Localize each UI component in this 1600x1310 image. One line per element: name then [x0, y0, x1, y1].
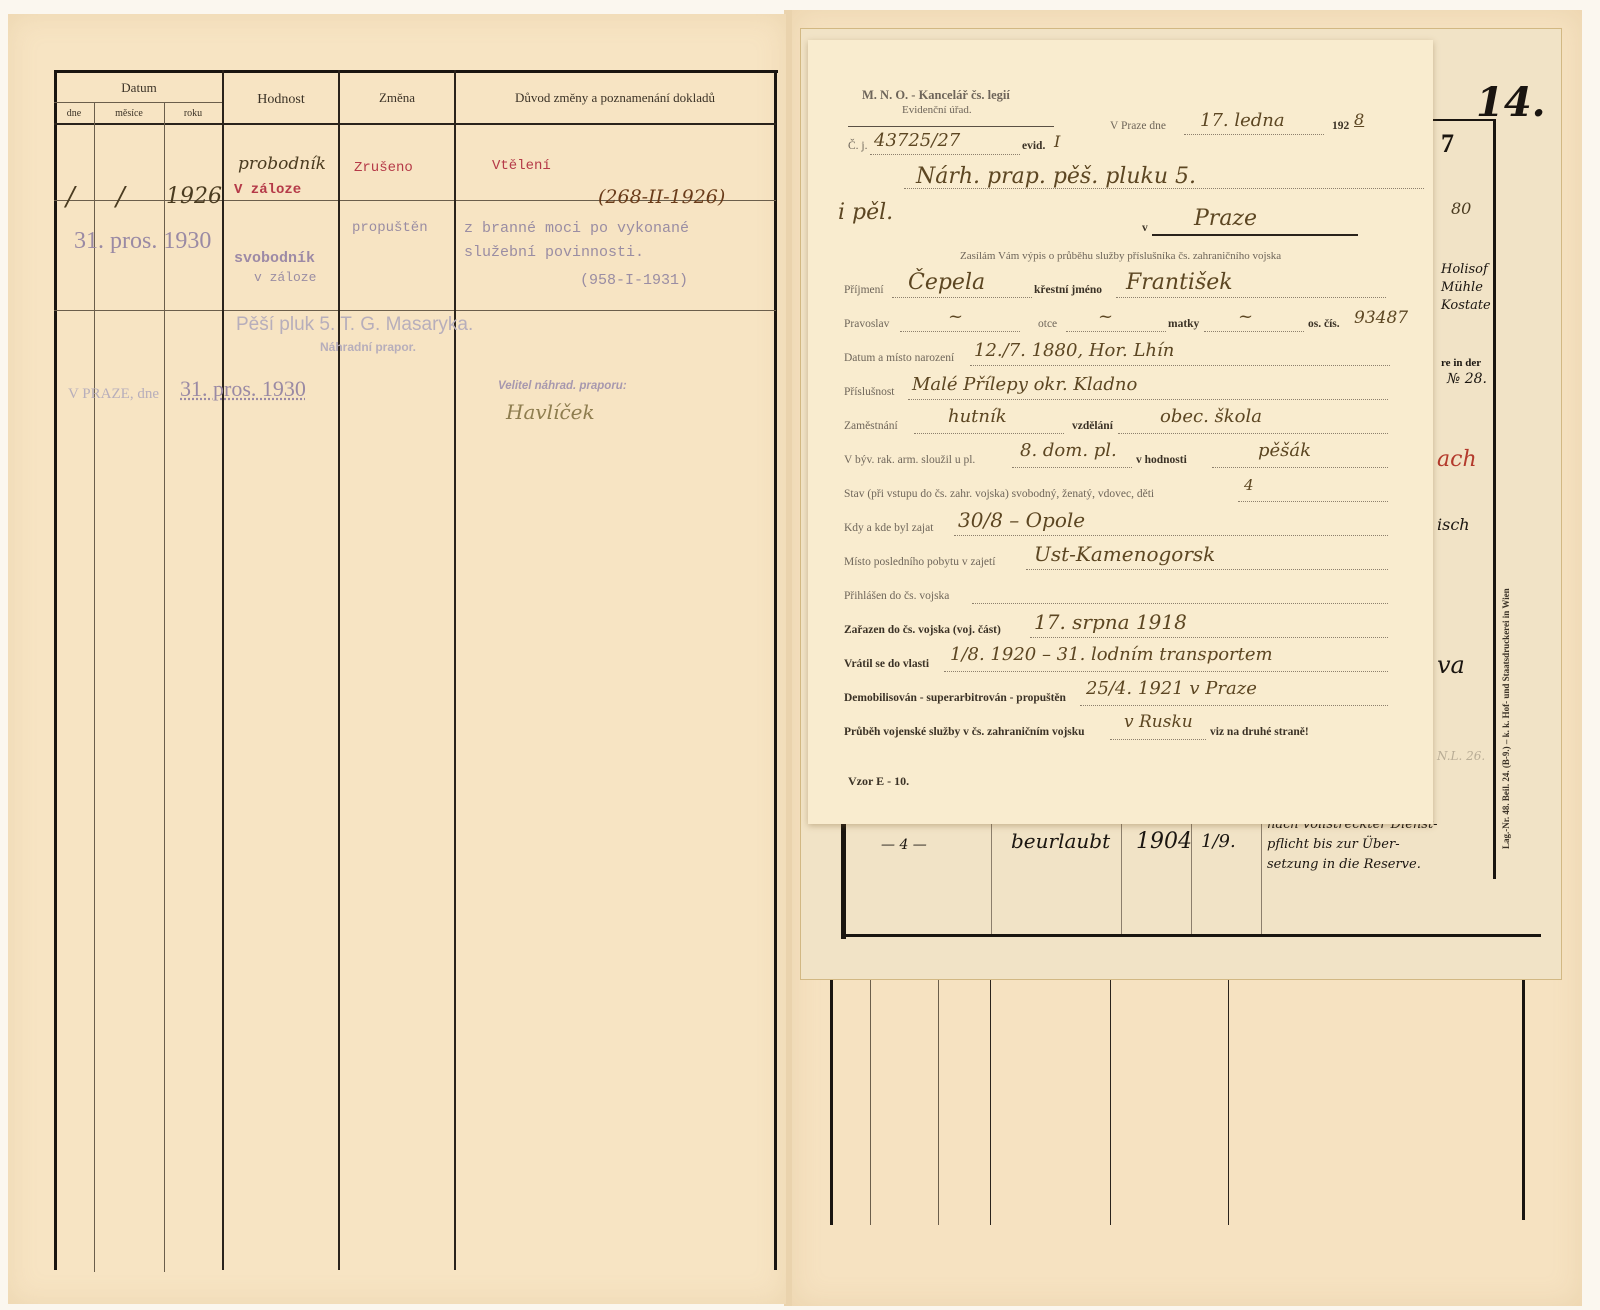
- row1-hodnost-typed: V záloze: [234, 182, 301, 198]
- evid-label: evid.: [1022, 140, 1045, 152]
- place-date-label: V Praze dne: [1110, 120, 1166, 132]
- cell-top: 7: [1441, 129, 1454, 159]
- cell-right-5: isch: [1437, 515, 1470, 534]
- prubeh-suffix: viz na druhé straně!: [1210, 726, 1309, 738]
- row1-mesice: /: [116, 182, 125, 212]
- otce-label: otce: [1038, 318, 1057, 330]
- bottom-col2: beurlaubt: [1011, 829, 1110, 853]
- prihlasen-label: Přihlášen do čs. vojska: [844, 590, 949, 602]
- narozeni-value: 12./7. 1880, Hor. Lhín: [974, 340, 1174, 361]
- header-mesice: měsíce: [94, 108, 164, 119]
- zamestnani-value: hutník: [948, 406, 1007, 427]
- zajat-value: 30/8 – Opole: [958, 508, 1085, 532]
- printer-imprint: Lag.-Nr. 48. Beil. 24. (B-9.) – k. k. Ho…: [1501, 469, 1517, 849]
- stamp-place-prefix: V PRAZE, dne: [68, 386, 159, 403]
- stav-value: 4: [1244, 476, 1254, 494]
- sluzil-label: V býv. rak. arm. sloužil u pl.: [844, 454, 975, 466]
- header-zmena: Změna: [340, 90, 454, 106]
- zarazen-label: Zařazen do čs. vojska (voj. část): [844, 624, 1001, 636]
- cell-right-4: ach: [1437, 447, 1477, 472]
- header-dne: dne: [54, 108, 94, 119]
- oscis-label: os. čís.: [1308, 318, 1340, 330]
- cell-right-7: N.L. 26.: [1437, 749, 1485, 763]
- row2-hodnost-line2: v záloze: [254, 270, 316, 285]
- demob-value: 25/4. 1921 v Praze: [1086, 678, 1257, 699]
- bottom-col4: 1/9.: [1201, 831, 1236, 852]
- stamp-subunit: Náhradní prapor.: [320, 340, 416, 354]
- year-suffix: 8: [1354, 110, 1364, 129]
- row2-duvod-line2: služební povinnosti.: [464, 244, 644, 261]
- row2-hodnost: svobodník: [234, 250, 315, 267]
- oscis-value: 93487: [1354, 308, 1408, 328]
- recipient-line2: i pěl.: [838, 200, 893, 225]
- narozeni-label: Datum a místo narození: [844, 352, 954, 364]
- zajat-label: Kdy a kde byl zajat: [844, 522, 933, 534]
- matky-label: matky: [1168, 318, 1199, 330]
- prislusnost-label: Příslušnost: [844, 386, 895, 398]
- hodnosti-value: pěšák: [1258, 440, 1311, 461]
- cell-2: 80: [1451, 199, 1471, 218]
- office-line1: M. N. O. - Kancelář čs. legií: [862, 88, 1010, 103]
- header-roku: roku: [164, 108, 222, 119]
- sluzil-value: 8. dom. pl.: [1020, 440, 1117, 461]
- otce-value: ~: [1098, 306, 1113, 327]
- bottom-col5: nach vollstreckter Dienst- pflicht bis z…: [1267, 815, 1438, 875]
- stamp-unit: Pěší pluk 5. T. G. Masaryka.: [236, 314, 473, 336]
- cell-right-2: re in der: [1441, 357, 1481, 369]
- ref-value: 43725/27: [874, 130, 960, 151]
- zamestnani-label: Zaměstnání: [844, 420, 898, 432]
- row2-zmena: propuštěn: [352, 220, 428, 236]
- row1-hodnost-handwritten: probodník: [238, 154, 326, 174]
- row1-dne: /: [66, 182, 75, 212]
- signature: Havlíček: [506, 400, 595, 424]
- row1-duvod-ref: (268-II-1926): [598, 186, 725, 208]
- pravoslav-value: ~: [948, 306, 963, 327]
- vzdelani-label: vzdělání: [1072, 420, 1113, 432]
- header-datum: Datum: [54, 80, 224, 96]
- hodnosti-label: v hodnosti: [1136, 454, 1187, 466]
- row1-duvod: Vtělení: [492, 158, 551, 174]
- bottom-col3: 1904: [1136, 829, 1192, 854]
- row2-duvod-line1: z branné moci po vykonané: [464, 220, 689, 237]
- zarazen-value: 17. srpna 1918: [1034, 610, 1187, 634]
- prijmeni-label: Příjmení: [844, 284, 884, 296]
- evid-value: I: [1054, 132, 1060, 151]
- prubeh-label: Průběh vojenské služby v čs. zahraničním…: [844, 726, 1085, 738]
- pobyt-label: Místo posledního pobytu v zajetí: [844, 556, 995, 568]
- stav-label: Stav (při vstupu do čs. zahr. vojska) sv…: [844, 488, 1154, 500]
- krestni-value: František: [1126, 270, 1233, 295]
- pobyt-value: Ust-Kamenogorsk: [1034, 542, 1215, 566]
- place-date-value: 17. ledna: [1200, 110, 1285, 131]
- cell-right-6: va: [1437, 651, 1465, 679]
- row2-duvod-ref: (958-I-1931): [580, 272, 688, 289]
- form-code: Vzor E - 10.: [848, 774, 909, 788]
- vratil-label: Vrátil se do vlasti: [844, 658, 929, 670]
- krestni-label: křestní jméno: [1034, 284, 1102, 296]
- year-prefix: 192: [1332, 120, 1349, 132]
- recipient-place: Praze: [1194, 206, 1257, 231]
- cell-right-3: № 28.: [1447, 371, 1487, 387]
- cell-right-1: Holisof Mühle Kostate: [1441, 261, 1491, 315]
- row1-roku: 1926: [166, 184, 222, 209]
- row2-date-stamp: 31. pros. 1930: [74, 228, 211, 255]
- row1-zmena: Zrušeno: [354, 160, 413, 176]
- left-page: Datum dne měsíce roku Hodnost Změna Důvo…: [8, 14, 786, 1304]
- prijmeni-value: Čepela: [908, 270, 985, 295]
- demob-label: Demobilisován - superarbitrován - propuš…: [844, 692, 1066, 704]
- office-line2: Evidenční úřad.: [902, 104, 972, 116]
- prubeh-value: v Rusku: [1124, 712, 1193, 732]
- header-hodnost: Hodnost: [224, 92, 338, 108]
- vratil-value: 1/8. 1920 – 31. lodním transportem: [950, 644, 1273, 665]
- stamp-signatory-title: Velitel náhrad. praporu:: [498, 380, 627, 392]
- ref-label: Č. j.: [848, 140, 868, 152]
- legion-record-card: M. N. O. - Kancelář čs. legií Evidenční …: [808, 40, 1433, 824]
- recipient-line1: Nárh. prap. pěš. pluku 5.: [916, 164, 1196, 189]
- pravoslav-label: Pravoslav: [844, 318, 889, 330]
- bottom-col1: — 4 —: [881, 837, 927, 853]
- header-duvod: Důvod změny a poznamenání dokladů: [456, 90, 774, 106]
- prislusnost-value: Malé Přílepy okr. Kladno: [912, 374, 1137, 395]
- intro-text: Zasílám Vám výpis o průběhu služby přísl…: [960, 250, 1281, 262]
- stamp-date: 31. pros. 1930: [180, 376, 306, 402]
- recipient-place-label: v: [1142, 222, 1148, 234]
- matky-value: ~: [1238, 306, 1253, 327]
- vzdelani-value: obec. škola: [1160, 406, 1262, 427]
